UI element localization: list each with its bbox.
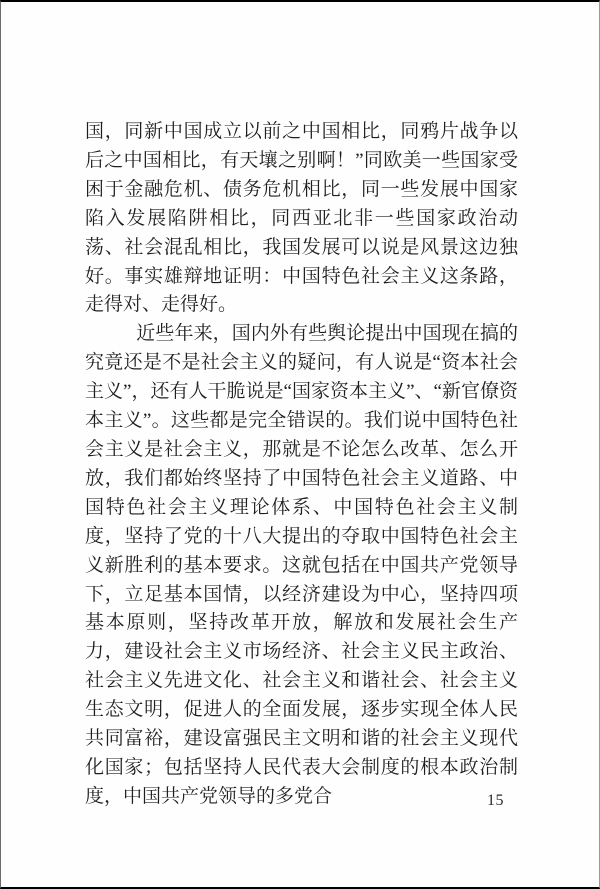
- paragraph-continuation: 国，同新中国成立以前之中国相比，同鸦片战争以后之中国相比，有天壤之别啊！”同欧美…: [85, 118, 518, 320]
- book-page: 国，同新中国成立以前之中国相比，同鸦片战争以后之中国相比，有天壤之别啊！”同欧美…: [0, 0, 600, 889]
- paragraph-new: 近些年来，国内外有些舆论提出中国现在搞的究竟还是不是社会主义的疑问，有人说是“资…: [85, 320, 518, 811]
- text-block: 国，同新中国成立以前之中国相比，同鸦片战争以后之中国相比，有天壤之别啊！”同欧美…: [85, 118, 518, 812]
- page-number: 15: [487, 791, 504, 811]
